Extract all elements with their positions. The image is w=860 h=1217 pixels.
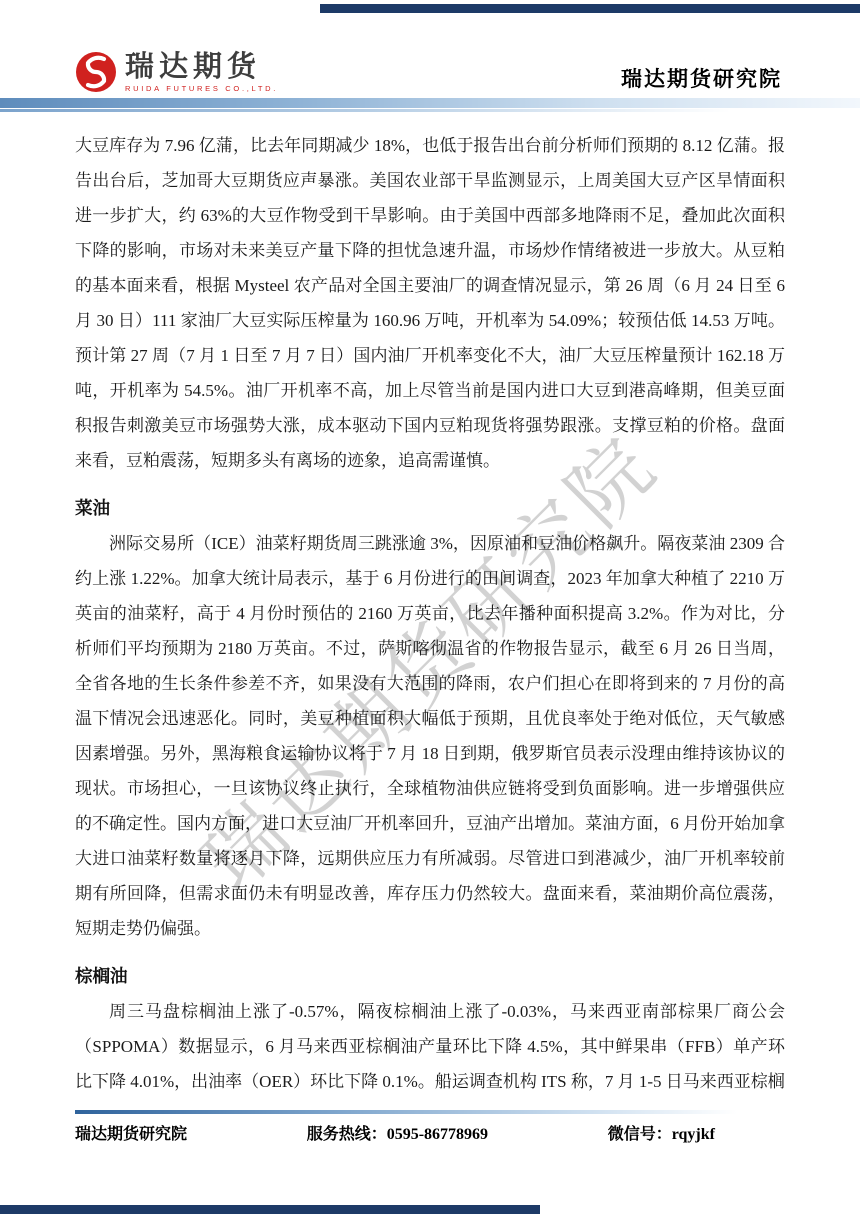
- ruida-emblem-icon: [74, 50, 118, 94]
- footer-wechat: 微信号：rqyjkf: [608, 1121, 715, 1144]
- section-heading-palm-oil: 棕榈油: [75, 959, 785, 994]
- company-logo: 瑞达期货 RUIDA FUTURES CO.,LTD.: [74, 50, 278, 94]
- brand-name-cn: 瑞达期货: [125, 52, 278, 82]
- section-heading-rapeseed-oil: 菜油: [75, 491, 785, 526]
- bottom-navy-ribbon: [0, 1205, 540, 1214]
- paragraph-rapeseed-oil: 洲际交易所（ICE）油菜籽期货周三跳涨逾 3%，因原油和豆油价格飙升。隔夜菜油 …: [75, 526, 785, 946]
- footer-hotline: 服务热线：0595-86778969: [307, 1121, 488, 1144]
- wechat-label: 微信号：: [608, 1126, 672, 1143]
- paragraph-soybean: 大豆库存为 7.96 亿蒲，比去年同期减少 18%，也低于报告出台前分析师们预期…: [75, 128, 785, 478]
- hotline-label: 服务热线：: [307, 1126, 387, 1143]
- report-page: 瑞达期货 RUIDA FUTURES CO.,LTD. 瑞达期货研究院 瑞达期货…: [0, 0, 860, 1217]
- header-rule: [0, 98, 860, 108]
- page-footer: 瑞达期货研究院 服务热线：0595-86778969 微信号：rqyjkf: [75, 1121, 715, 1144]
- report-body: 大豆库存为 7.96 亿蒲，比去年同期减少 18%，也低于报告出台前分析师们预期…: [75, 128, 785, 1099]
- wechat-id: rqyjkf: [672, 1126, 715, 1143]
- hotline-number: 0595-86778969: [387, 1126, 488, 1143]
- brand-name-en: RUIDA FUTURES CO.,LTD.: [125, 84, 278, 93]
- paragraph-palm-oil: 周三马盘棕榈油上涨了-0.57%，隔夜棕榈油上涨了-0.03%，马来西亚南部棕果…: [75, 994, 785, 1099]
- footer-rule: [75, 1110, 737, 1114]
- footer-institute: 瑞达期货研究院: [75, 1121, 187, 1144]
- page-header: 瑞达期货 RUIDA FUTURES CO.,LTD. 瑞达期货研究院: [0, 0, 860, 112]
- header-institute-title: 瑞达期货研究院: [621, 63, 782, 94]
- logo-text: 瑞达期货 RUIDA FUTURES CO.,LTD.: [125, 52, 278, 93]
- header-rule-shadow: [0, 109, 860, 112]
